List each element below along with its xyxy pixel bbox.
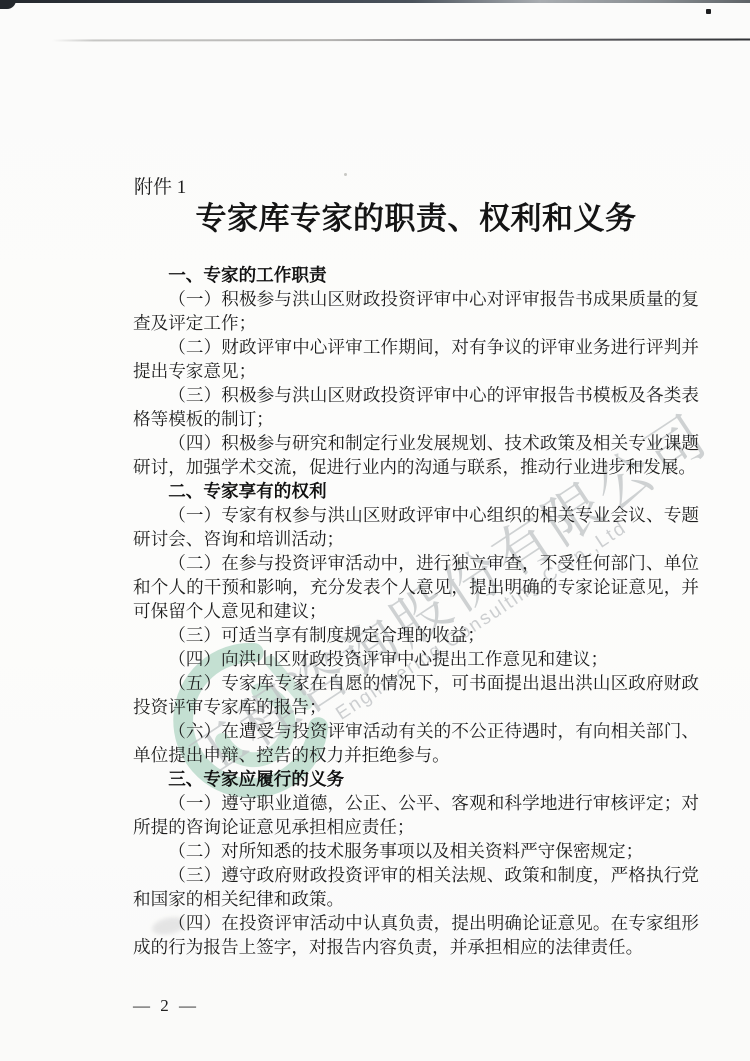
paragraph: （三）积极参与洪山区财政投资评审中心的评审报告书模板及各类表格等模板的制订；: [133, 383, 699, 431]
paragraph: （一）专家有权参与洪山区财政评审中心组织的相关专业会议、专题研讨会、咨询和培训活…: [133, 503, 699, 551]
paragraph: （二）对所知悉的技术服务事项以及相关资料严守保密规定；: [133, 839, 699, 863]
paragraph: （四）积极参与研究和制定行业发展规划、技术政策及相关专业课题研讨，加强学术交流，…: [133, 431, 699, 479]
scan-top-edge-artifact: [0, 0, 750, 3]
scanned-document-page: 工程咨询股份有限公司 Engineering Consulting Corp.,…: [0, 0, 750, 1061]
page-number: — 2 —: [133, 996, 199, 1016]
paragraph: （四）向洪山区财政投资评审中心提出工作意见和建议；: [133, 647, 699, 671]
paragraph: （四）在投资评审活动中认真负责，提出明确论证意见。在专家组形成的行为报告上签字，…: [133, 911, 699, 959]
paragraph: （三）遵守政府财政投资评审的相关法规、政策和制度，严格执行党和国家的相关纪律和政…: [133, 863, 699, 911]
paragraph: （二）在参与投资评审活动中，进行独立审查，不受任何部门、单位和个人的干预和影响，…: [133, 551, 699, 623]
paragraph: （三）可适当享有制度规定合理的收益；: [133, 623, 699, 647]
attachment-label: 附件 1: [134, 172, 186, 199]
paragraph: （五）专家库专家在自愿的情况下，可书面提出退出洪山区政府财政投资评审专家库的报告…: [133, 671, 699, 719]
scan-speck: [344, 173, 347, 176]
section-2-heading: 二、专家享有的权利: [133, 479, 699, 503]
section-3-heading: 三、专家应履行的义务: [133, 767, 699, 791]
document-body: 一、专家的工作职责 （一）积极参与洪山区财政投资评审中心对评审报告书成果质量的复…: [133, 263, 699, 959]
paragraph: （六）在遭受与投资评审活动有关的不公正待遇时，有向相关部门、单位提出申辩、控告的…: [133, 719, 699, 767]
paragraph: （一）积极参与洪山区财政投资评审中心对评审报告书成果质量的复查及评定工作；: [133, 287, 699, 335]
scan-corner-artifact: [0, 0, 16, 9]
scan-speck: [706, 9, 711, 14]
scan-fold-line-artifact: [52, 39, 750, 42]
paragraph: （二）财政评审中心评审工作期间，对有争议的评审业务进行评判并提出专家意见；: [133, 335, 699, 383]
paragraph: （一）遵守职业道德，公正、公平、客观和科学地进行审核评定；对所提的咨询论证意见承…: [133, 791, 699, 839]
section-1-heading: 一、专家的工作职责: [133, 263, 699, 287]
document-title: 专家库专家的职责、权利和义务: [133, 196, 699, 242]
